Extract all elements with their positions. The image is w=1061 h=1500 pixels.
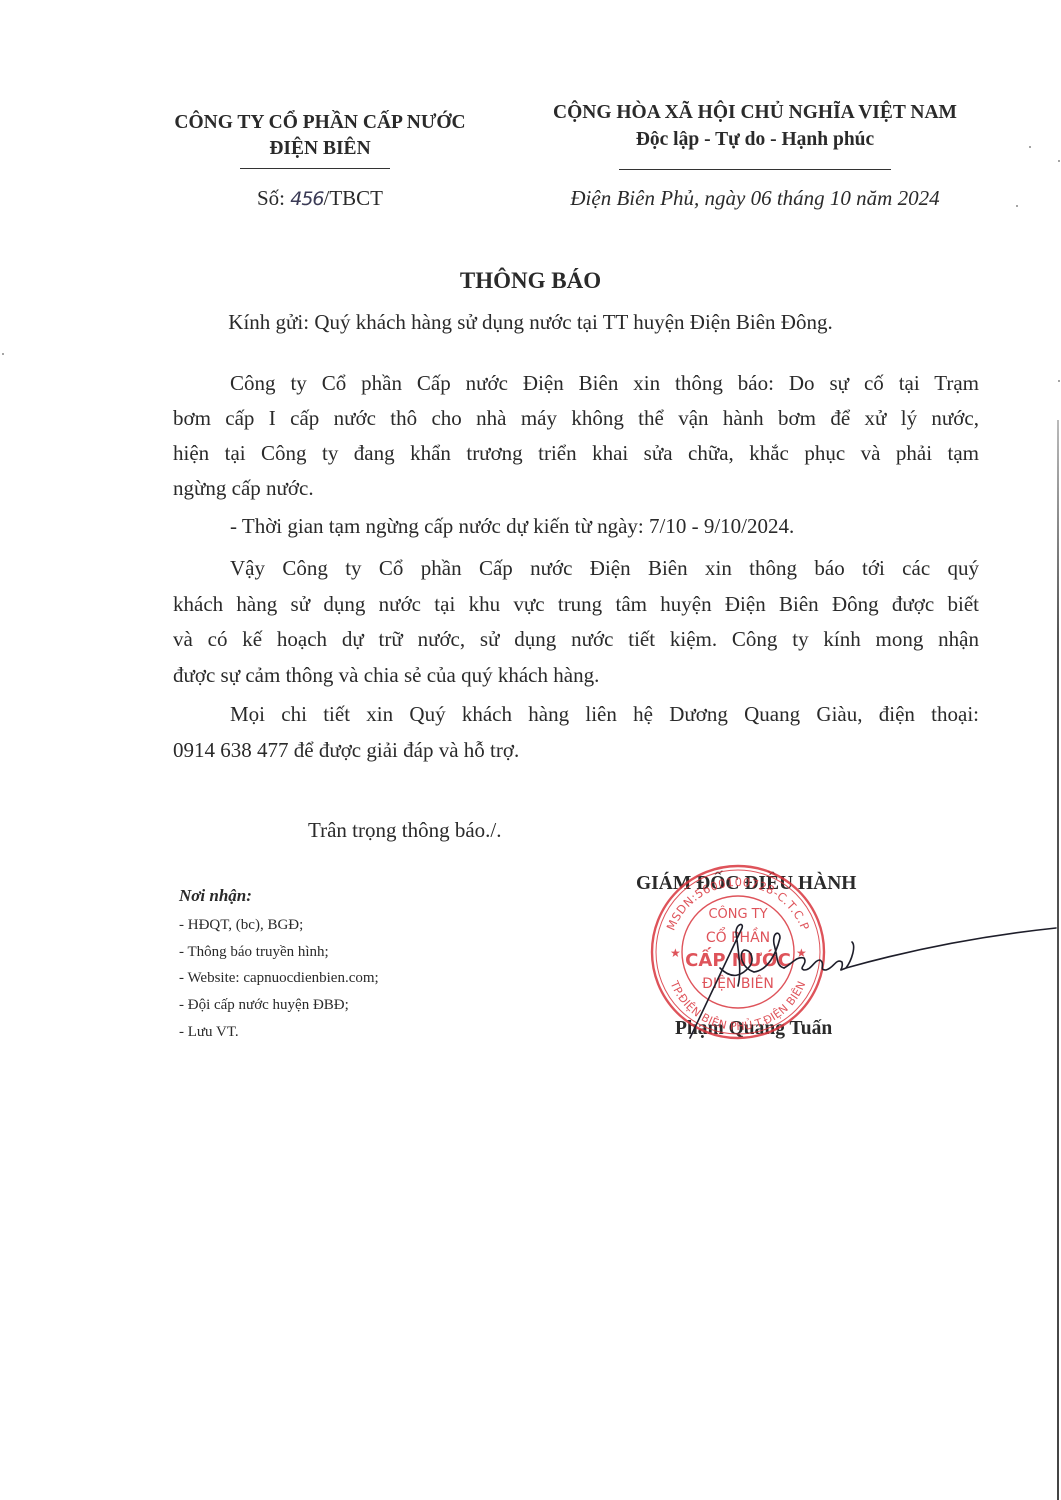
body-line: và có kế hoạch dự trữ nước, sử dụng nước… [173, 627, 979, 652]
svg-text:ĐIỆN BIÊN: ĐIỆN BIÊN [702, 974, 774, 992]
motto-underline [619, 169, 891, 170]
body-line: ngừng cấp nước. [173, 476, 979, 501]
signer-title: GIÁM ĐỐC ĐIỀU HÀNH [636, 873, 856, 895]
company-name-line2: ĐIỆN BIÊN [160, 138, 480, 160]
svg-text:★: ★ [796, 946, 807, 960]
body-line: hiện tại Công ty đang khẩn trương triển … [173, 441, 979, 466]
place-date: Điện Biên Phủ, ngày 06 tháng 10 năm 2024 [520, 186, 990, 211]
document-number-handwritten: 456 [290, 188, 323, 210]
signer-name: Phạm Quang Tuấn [675, 1018, 832, 1040]
recipients-item: - Website: capnuocdienbien.com; [179, 970, 379, 987]
recipients-title: Nơi nhận: [179, 886, 252, 906]
closing-line: Trân trọng thông báo./. [308, 818, 501, 843]
body-line: khách hàng sử dụng nước tại khu vực trun… [173, 592, 979, 617]
recipients-item: - Lưu VT. [179, 1024, 239, 1041]
svg-text:CẤP NƯỚC: CẤP NƯỚC [685, 947, 791, 971]
scan-speck [1016, 205, 1018, 207]
body-line: được sự cảm thông và chia sẻ của quý khá… [173, 663, 979, 688]
document-number-prefix: Số: [257, 186, 290, 210]
body-line: Vậy Công ty Cổ phần Cấp nước Điện Biên x… [230, 556, 979, 581]
body-line: Công ty Cổ phần Cấp nước Điện Biên xin t… [230, 371, 979, 396]
schedule-line: - Thời gian tạm ngừng cấp nước dự kiến t… [230, 514, 979, 539]
recipients-item: - Đội cấp nước huyện ĐBĐ; [179, 997, 349, 1014]
scan-speck [2, 353, 4, 355]
body-line: bơm cấp I cấp nước thô cho nhà máy không… [173, 406, 979, 431]
scan-edge-line [1057, 420, 1059, 1500]
scan-speck [1029, 146, 1031, 148]
recipients-item: - HĐQT, (bc), BGĐ; [179, 917, 303, 934]
national-title: CỘNG HÒA XÃ HỘI CHỦ NGHĨA VIỆT NAM [520, 102, 990, 124]
svg-text:CỔ PHẦN: CỔ PHẦN [706, 927, 770, 946]
contact-line: Mọi chi tiết xin Quý khách hàng liên hệ … [230, 702, 979, 727]
svg-text:★: ★ [670, 946, 681, 960]
scan-speck [1058, 160, 1060, 162]
recipient-line: Kính gửi: Quý khách hàng sử dụng nước tạ… [0, 310, 1061, 335]
scan-speck [1058, 380, 1060, 382]
company-name-line1: CÔNG TY CỔ PHẦN CẤP NƯỚC [160, 112, 480, 134]
recipients-item: - Thông báo truyền hình; [179, 944, 329, 961]
document-title: THÔNG BÁO [0, 268, 1061, 294]
contact-phone-line: 0914 638 477 để được giải đáp và hỗ trợ. [173, 738, 979, 763]
svg-text:CÔNG TY: CÔNG TY [708, 906, 767, 922]
company-underline [240, 168, 390, 169]
document-number-suffix: /TBCT [324, 186, 384, 210]
document-number: Số: 456/TBCT [160, 186, 480, 211]
national-motto: Độc lập - Tự do - Hạnh phúc [520, 129, 990, 151]
